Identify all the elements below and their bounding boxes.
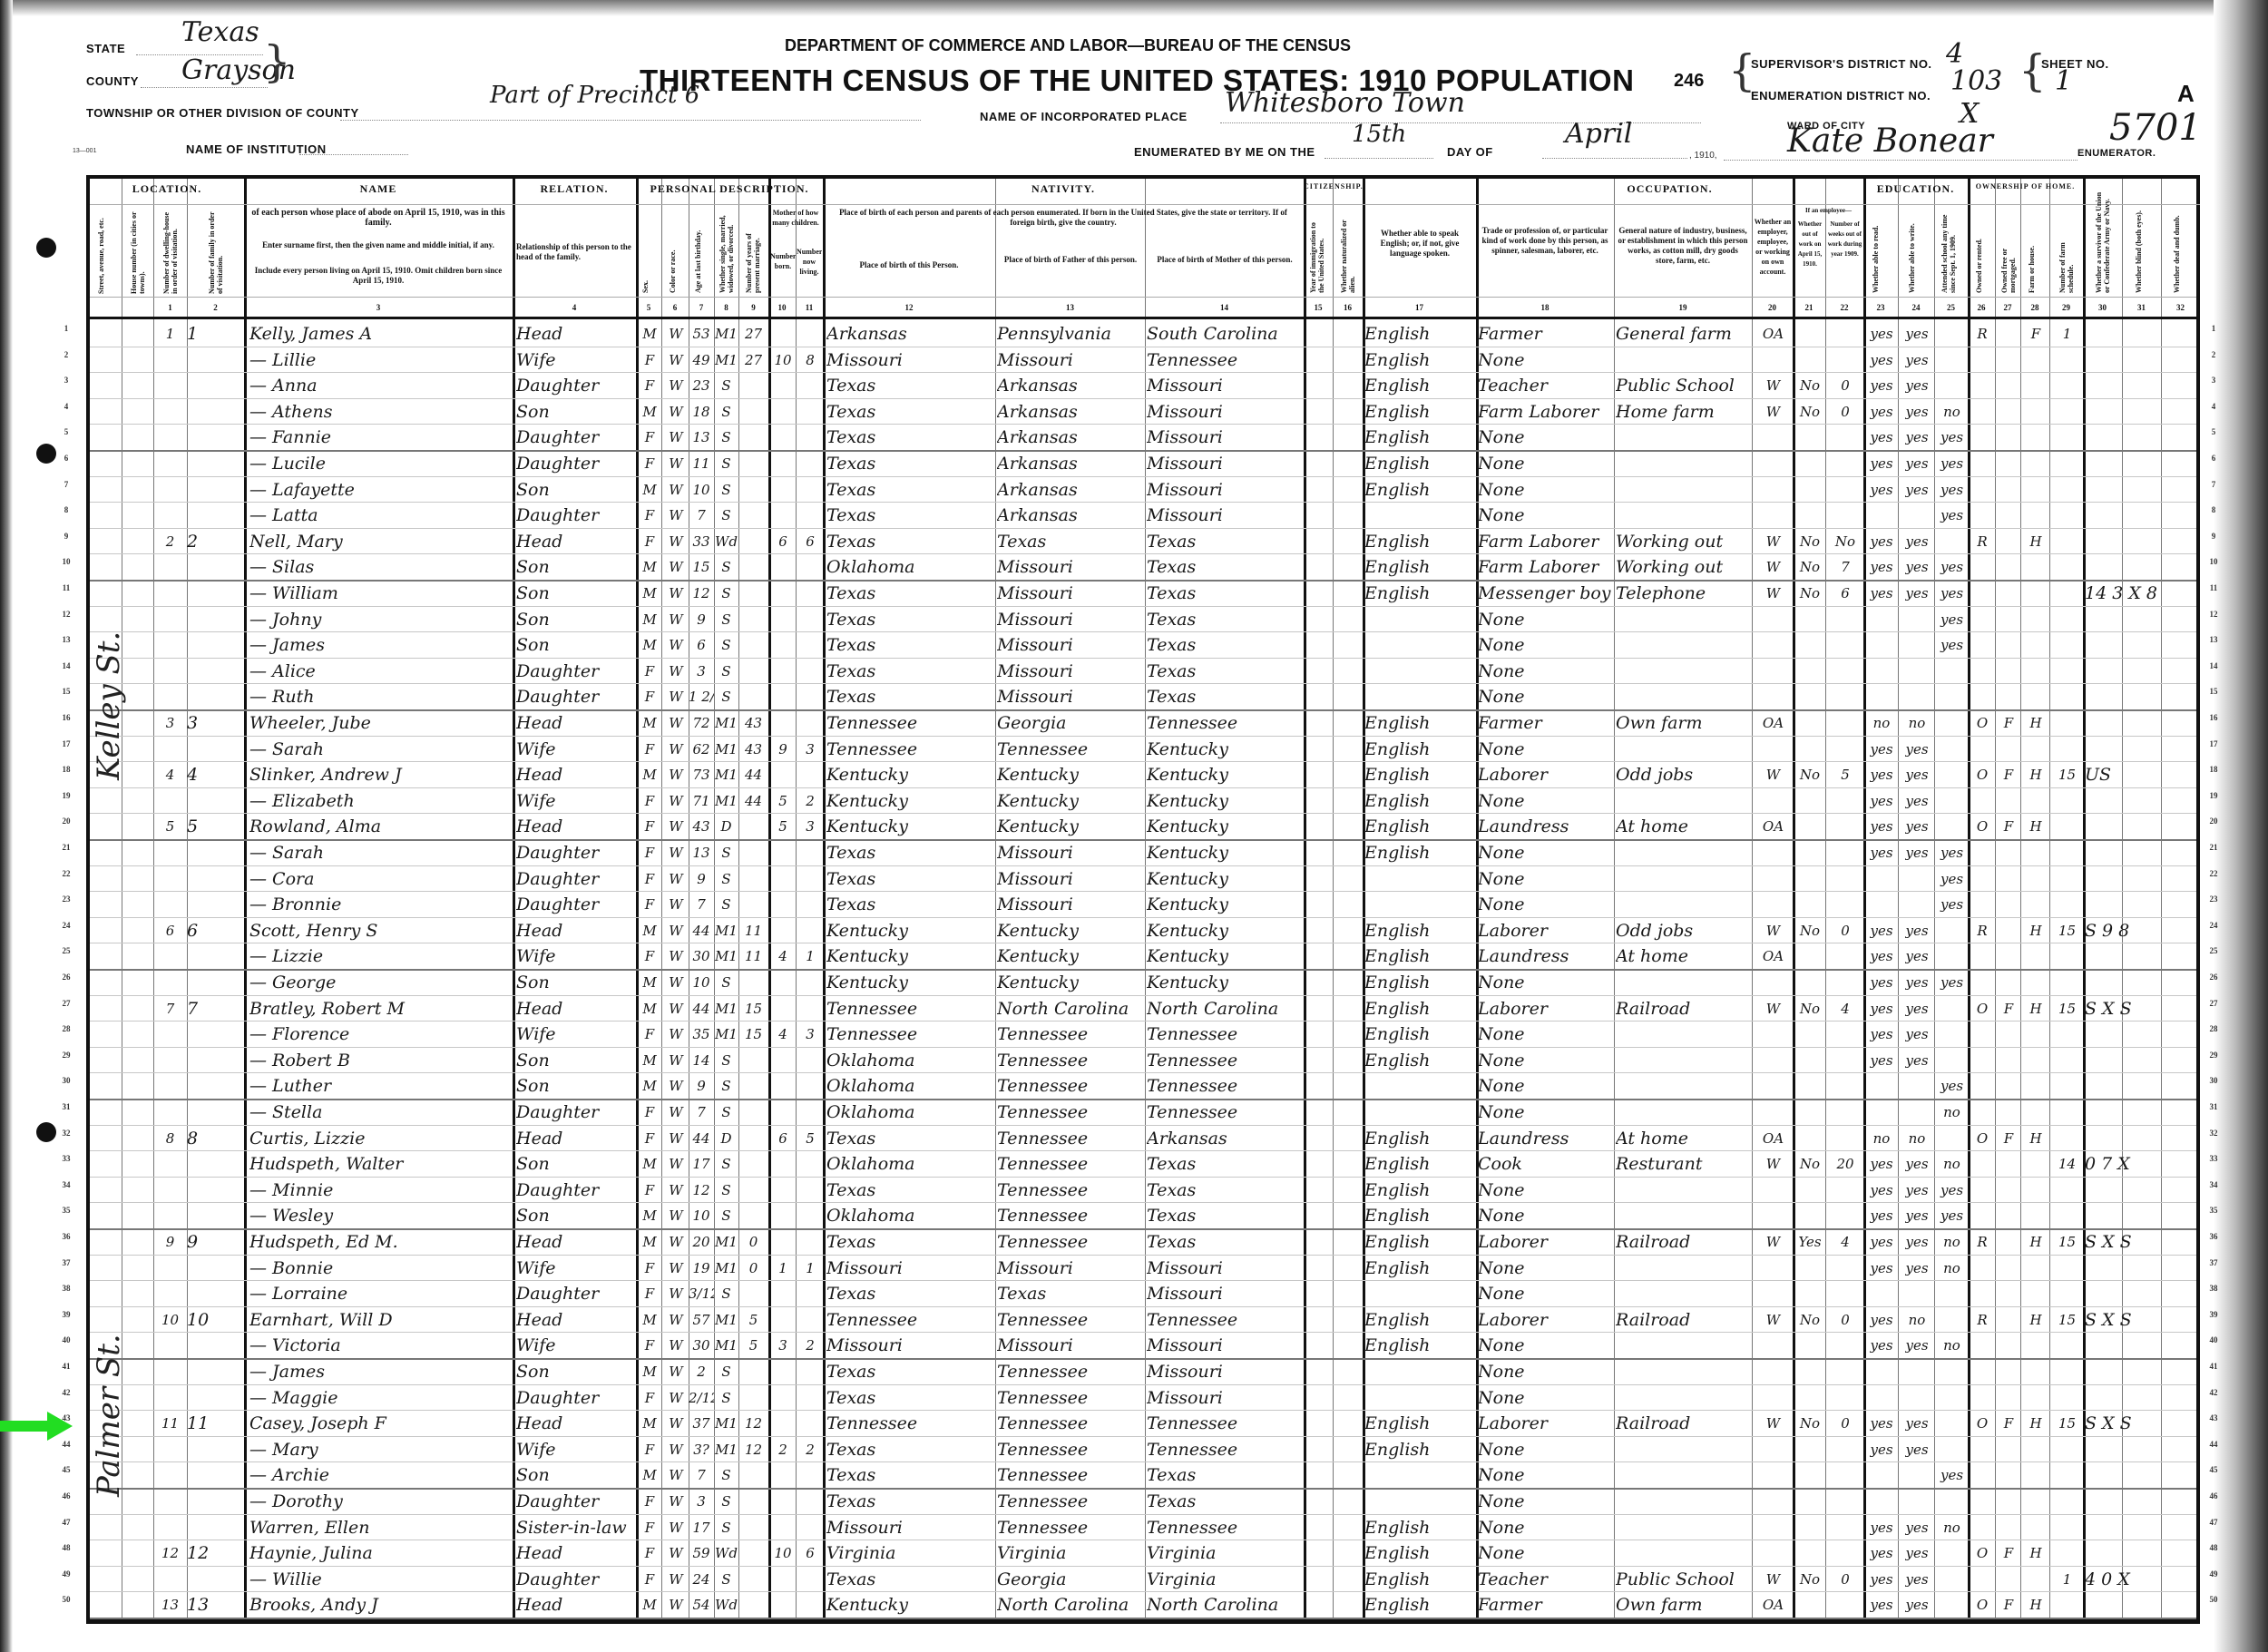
cell-years-married: 0 [738, 1255, 768, 1281]
cell-family [187, 1280, 244, 1306]
cell-name: — Elizabeth [249, 787, 513, 814]
cell-years-married: 11 [738, 943, 768, 969]
header-brace: } [263, 36, 291, 87]
cell-out [1794, 813, 1825, 839]
cell-industry [1616, 1358, 1752, 1384]
cell-name: Hudspeth, Walter [249, 1150, 513, 1177]
header-sex: Sex. [641, 260, 650, 293]
line-number: 46 [2204, 1491, 2223, 1500]
cell-living [797, 398, 823, 425]
cell-free [1997, 450, 2020, 476]
cell-weeks [1827, 1047, 1863, 1073]
cell-pob-father: Tennessee [997, 1021, 1145, 1047]
cell-sex: F [638, 839, 661, 865]
cell-dwelling: 10 [153, 1306, 187, 1333]
line-number: 41 [2204, 1362, 2223, 1371]
cell-living [797, 476, 823, 503]
cell-trade: None [1478, 1177, 1614, 1203]
cell-english [1364, 658, 1476, 684]
cell-name: Casey, Joseph F [249, 1410, 513, 1436]
cell-weeks [1827, 1540, 1863, 1566]
cell-trade: None [1478, 1099, 1614, 1125]
cell-out [1794, 891, 1825, 917]
cell-marital: M1 [714, 1436, 738, 1462]
cell-pob-mother: Missouri [1147, 1255, 1304, 1281]
cell-name: Brooks, Andy J [249, 1591, 513, 1618]
cell-age: 10 [689, 476, 714, 503]
cell-weeks [1827, 813, 1863, 839]
cell-other [2085, 709, 2200, 736]
cell-owned [1970, 1566, 1995, 1592]
cell-read [1865, 658, 1898, 684]
cell-other [2085, 1436, 2200, 1462]
header-name-3: Include every person living on April 15,… [249, 266, 507, 286]
cell-pob: Texas [826, 839, 995, 865]
cell-sex: M [638, 1228, 661, 1255]
colnum: 20 [1752, 303, 1793, 312]
cell-years-married [738, 1177, 768, 1203]
cell-owned [1970, 1461, 1995, 1488]
incorporated-place-value: Whitesboro Town [1225, 87, 1465, 119]
cell-school [1936, 1436, 1968, 1462]
cell-relation: Daughter [516, 1384, 636, 1411]
cell-emp [1754, 787, 1793, 814]
cell-owned [1970, 580, 1995, 606]
cell-read: yes [1865, 813, 1898, 839]
cell-marital: M1 [714, 917, 738, 943]
cell-owned [1970, 631, 1995, 658]
cell-out [1794, 1461, 1825, 1488]
cell-born [770, 709, 796, 736]
cell-marital: S [714, 1514, 738, 1540]
cell-read: yes [1865, 1591, 1898, 1618]
cell-marital: Wd [714, 1591, 738, 1618]
cell-school: no [1936, 398, 1968, 425]
cell-color: W [663, 1072, 689, 1099]
cell-owned: O [1970, 1125, 1995, 1151]
cell-marital: M1 [714, 1255, 738, 1281]
header-house-number: House number (in cities or towns). [130, 208, 146, 294]
cell-other [2085, 658, 2200, 684]
cell-relation: Daughter [516, 424, 636, 450]
cell-marital: S [714, 580, 738, 606]
cell-emp [1754, 736, 1793, 762]
line-number: 7 [2204, 480, 2223, 489]
cell-pob-mother: Arkansas [1147, 1125, 1304, 1151]
cell-schedule: 1 [2051, 1566, 2083, 1592]
cell-english [1364, 631, 1476, 658]
colnum: 13 [995, 303, 1145, 312]
cell-trade: Laundress [1478, 1125, 1614, 1151]
cell-living: 2 [797, 787, 823, 814]
cell-years-married [738, 424, 768, 450]
cell-color: W [663, 450, 689, 476]
cell-pob-father: Virginia [997, 1540, 1145, 1566]
colnum: 26 [1968, 303, 1995, 312]
cell-family [187, 1358, 244, 1384]
cell-weeks: No [1827, 528, 1863, 554]
cell-industry [1616, 1514, 1752, 1540]
cell-family [187, 347, 244, 373]
cell-school: yes [1936, 1461, 1968, 1488]
cell-name: — Mary [249, 1436, 513, 1462]
cell-farm [2022, 865, 2049, 892]
cell-sex: M [638, 320, 661, 347]
cell-read [1865, 631, 1898, 658]
table-row: — FannieDaughterFW13STexasArkansasMissou… [90, 424, 2196, 450]
cell-english: English [1364, 476, 1476, 503]
cell-farm [2022, 736, 2049, 762]
cell-trade: None [1478, 424, 1614, 450]
cell-school [1936, 787, 1968, 814]
header-blind: Whether blind (both eyes). [2135, 186, 2143, 293]
cell-owned [1970, 347, 1995, 373]
cell-other [2085, 1072, 2200, 1099]
cell-owned [1970, 502, 1995, 528]
cell-living [797, 865, 823, 892]
cell-out [1794, 1280, 1825, 1306]
cell-relation: Wife [516, 736, 636, 762]
cell-years-married [738, 891, 768, 917]
cell-color: W [663, 580, 689, 606]
cell-pob-mother: Texas [1147, 606, 1304, 632]
cell-born [770, 1099, 796, 1125]
cell-other [2085, 1125, 2200, 1151]
cell-color: W [663, 347, 689, 373]
line-number: 46 [56, 1491, 76, 1500]
line-number: 37 [56, 1258, 76, 1267]
cell-sex: F [638, 1436, 661, 1462]
cell-english: English [1364, 736, 1476, 762]
cell-age: 9 [689, 1072, 714, 1099]
cell-pob-mother: Texas [1147, 683, 1304, 709]
cell-relation: Sister-in-law [516, 1514, 636, 1540]
cell-other [2085, 1384, 2200, 1411]
cell-marital: S [714, 398, 738, 425]
cell-owned [1970, 1514, 1995, 1540]
cell-dwelling: 9 [153, 1228, 187, 1255]
line-number: 38 [2204, 1284, 2223, 1293]
cell-owned [1970, 476, 1995, 503]
cell-pob-father: Georgia [997, 1566, 1145, 1592]
table-row: Hudspeth, WalterSonMW17SOklahomaTennesse… [90, 1150, 2196, 1177]
colnum: 23 [1863, 303, 1898, 312]
cell-out: No [1794, 398, 1825, 425]
cell-school [1936, 1566, 1968, 1592]
cell-dwelling [153, 1461, 187, 1488]
cell-owned: O [1970, 1540, 1995, 1566]
cell-farm [2022, 787, 2049, 814]
header-if-employee: If an employee— [1794, 206, 1862, 216]
cell-family: 6 [187, 917, 244, 943]
cell-school [1936, 1540, 1968, 1566]
cell-pob-father: Kentucky [997, 917, 1145, 943]
cell-sex: M [638, 1047, 661, 1073]
cell-color: W [663, 502, 689, 528]
cell-age: 6 [689, 631, 714, 658]
cell-dwelling [153, 1436, 187, 1462]
cell-years-married [738, 1540, 768, 1566]
cell-english [1364, 1488, 1476, 1514]
header-weeks: Number of weeks out of work during year … [1827, 220, 1862, 259]
cell-relation: Head [516, 1591, 636, 1618]
cell-age: 9 [689, 606, 714, 632]
cell-pob-father: Missouri [997, 606, 1145, 632]
cell-write: yes [1900, 1047, 1934, 1073]
sheet-brace: { [2019, 45, 2047, 96]
cell-other [2085, 631, 2200, 658]
cell-pob-father: Missouri [997, 347, 1145, 373]
cell-sex: F [638, 658, 661, 684]
cell-pob-father: Arkansas [997, 398, 1145, 425]
cell-weeks [1827, 709, 1863, 736]
cell-out [1794, 1540, 1825, 1566]
line-number: 37 [2204, 1258, 2223, 1267]
cell-born [770, 424, 796, 450]
cell-emp: OA [1754, 709, 1793, 736]
cell-years-married: 43 [738, 736, 768, 762]
cell-schedule [2051, 787, 2083, 814]
cell-schedule [2051, 398, 2083, 425]
header-owned: Owned or rented. [1975, 215, 1983, 293]
cell-weeks [1827, 787, 1863, 814]
line-number: 43 [2204, 1413, 2223, 1422]
cell-family [187, 398, 244, 425]
cell-trade: Laborer [1478, 995, 1614, 1022]
cell-dwelling [153, 1072, 187, 1099]
cell-pob-mother: Kentucky [1147, 761, 1304, 787]
cell-out [1794, 1202, 1825, 1228]
cell-trade: None [1478, 683, 1614, 709]
table-row: — WesleySonMW10SOklahomaTennesseeTexasEn… [90, 1202, 2196, 1228]
cell-write: yes [1900, 1410, 1934, 1436]
cell-school: yes [1936, 476, 1968, 503]
cell-dwelling [153, 347, 187, 373]
cell-schedule [2051, 683, 2083, 709]
cell-pob-father: Missouri [997, 553, 1145, 580]
cell-family [187, 1202, 244, 1228]
cell-marital: M1 [714, 320, 738, 347]
cell-born: 10 [770, 1540, 796, 1566]
line-number: 31 [56, 1102, 76, 1111]
cell-write [1900, 1384, 1934, 1411]
cell-pob-father: Tennessee [997, 1384, 1145, 1411]
cell-farm: H [2022, 761, 2049, 787]
cell-trade: Laborer [1478, 917, 1614, 943]
header-deaf: Whether deaf and dumb. [2173, 186, 2181, 293]
cell-read: yes [1865, 528, 1898, 554]
cell-other [2085, 553, 2200, 580]
cell-emp: W [1754, 580, 1793, 606]
header-pob: Place of birth of this Person. [826, 260, 992, 270]
cell-years-married [738, 398, 768, 425]
cell-emp [1754, 606, 1793, 632]
cell-schedule: 15 [2051, 1410, 2083, 1436]
group-personal: PERSONAL DESCRIPTION. [636, 182, 823, 196]
line-number: 15 [56, 687, 76, 696]
cell-out: No [1794, 1150, 1825, 1177]
cell-farm [2022, 658, 2049, 684]
cell-pob: Missouri [826, 1255, 995, 1281]
cell-dwelling [153, 424, 187, 450]
cell-pob-father: Arkansas [997, 476, 1145, 503]
cell-emp [1754, 1202, 1793, 1228]
cell-free [1997, 1461, 2020, 1488]
cell-age: 15 [689, 553, 714, 580]
cell-dwelling [153, 1099, 187, 1125]
cell-schedule [2051, 969, 2083, 995]
cell-weeks [1827, 865, 1863, 892]
cell-pob-mother: Kentucky [1147, 891, 1304, 917]
cell-name: — Archie [249, 1461, 513, 1488]
cell-write [1900, 606, 1934, 632]
colnum: 16 [1333, 303, 1363, 312]
cell-trade: Laundress [1478, 813, 1614, 839]
cell-born: 1 [770, 1255, 796, 1281]
cell-pob-father: Kentucky [997, 787, 1145, 814]
cell-weeks [1827, 476, 1863, 503]
cell-emp [1754, 1436, 1793, 1462]
cell-years-married [738, 1072, 768, 1099]
cell-owned [1970, 1332, 1995, 1358]
cell-free [1997, 683, 2020, 709]
line-number: 20 [2204, 816, 2223, 826]
cell-weeks [1827, 891, 1863, 917]
cell-school [1936, 347, 1968, 373]
cell-owned [1970, 865, 1995, 892]
cell-other: 4 0 X [2085, 1566, 2200, 1592]
cell-english: English [1364, 839, 1476, 865]
cell-trade: None [1478, 347, 1614, 373]
line-number: 6 [2204, 454, 2223, 463]
cell-living: 3 [797, 736, 823, 762]
cell-farm [2022, 606, 2049, 632]
cell-sex: F [638, 1488, 661, 1514]
cell-pob: Oklahoma [826, 1150, 995, 1177]
cell-sex: M [638, 1358, 661, 1384]
cell-born [770, 995, 796, 1022]
cell-school: yes [1936, 580, 1968, 606]
cell-industry: At home [1616, 1125, 1752, 1151]
cell-family [187, 969, 244, 995]
cell-schedule [2051, 372, 2083, 398]
cell-years-married [738, 969, 768, 995]
cell-english: English [1364, 1021, 1476, 1047]
cell-sex: M [638, 631, 661, 658]
colnum: 17 [1363, 303, 1476, 312]
cell-other: 14 3 X 8 [2085, 580, 2200, 606]
cell-emp [1754, 683, 1793, 709]
cell-english: English [1364, 943, 1476, 969]
cell-years-married [738, 1384, 768, 1411]
table-row: — LafayetteSonMW10STexasArkansasMissouri… [90, 476, 2196, 503]
cell-pob: Texas [826, 372, 995, 398]
cell-english: English [1364, 1306, 1476, 1333]
cell-schedule [2051, 1488, 2083, 1514]
street-name: Palmer St. [91, 1334, 127, 1497]
cell-pob-mother: North Carolina [1147, 1591, 1304, 1618]
cell-pob: Texas [826, 502, 995, 528]
cell-dwelling [153, 1150, 187, 1177]
line-number: 28 [56, 1024, 76, 1033]
cell-dwelling [153, 969, 187, 995]
cell-born: 6 [770, 1125, 796, 1151]
table-row: — MaryWifeFW3?M11222TexasTennesseeTennes… [90, 1436, 2196, 1462]
cell-age: 2/12 [689, 1384, 714, 1411]
cell-name: — Robert B [249, 1047, 513, 1073]
cell-relation: Head [516, 995, 636, 1022]
cell-born [770, 1358, 796, 1384]
cell-school [1936, 1358, 1968, 1384]
cell-living [797, 1306, 823, 1333]
cell-color: W [663, 1280, 689, 1306]
cell-marital: M1 [714, 995, 738, 1022]
cell-school: no [1936, 1150, 1968, 1177]
cell-family [187, 787, 244, 814]
cell-sex: F [638, 528, 661, 554]
header-industry: General nature of industry, business, or… [1618, 226, 1748, 266]
cell-schedule [2051, 839, 2083, 865]
cell-free [1997, 1566, 2020, 1592]
cell-free [1997, 1384, 2020, 1411]
line-number: 8 [56, 505, 76, 514]
cell-read: yes [1865, 1150, 1898, 1177]
cell-dwelling: 1 [153, 320, 187, 347]
cell-other [2085, 347, 2200, 373]
cell-farm [2022, 502, 2049, 528]
cell-trade: None [1478, 606, 1614, 632]
cell-family: 3 [187, 709, 244, 736]
cell-school [1936, 1591, 1968, 1618]
cell-pob: Kentucky [826, 813, 995, 839]
cell-name: Earnhart, Will D [249, 1306, 513, 1333]
cell-born [770, 398, 796, 425]
cell-school [1936, 1410, 1968, 1436]
line-number: 34 [2204, 1180, 2223, 1189]
cell-family [187, 1255, 244, 1281]
highlight-arrow-icon [0, 1412, 73, 1441]
cell-color: W [663, 865, 689, 892]
cell-age: 57 [689, 1306, 714, 1333]
cell-owned [1970, 943, 1995, 969]
line-number: 47 [2204, 1518, 2223, 1527]
table-row: 11Kelly, James AHeadMW53M127ArkansasPenn… [90, 320, 2196, 347]
cell-living [797, 606, 823, 632]
cell-living [797, 580, 823, 606]
cell-pob: Texas [826, 658, 995, 684]
cell-farm: H [2022, 995, 2049, 1022]
cell-industry [1616, 1021, 1752, 1047]
cell-color: W [663, 709, 689, 736]
cell-farm [2022, 1566, 2049, 1592]
cell-farm [2022, 1514, 2049, 1540]
cell-living: 6 [797, 1540, 823, 1566]
cell-pob: Texas [826, 528, 995, 554]
cell-name: Rowland, Alma [249, 813, 513, 839]
cell-living: 1 [797, 1255, 823, 1281]
cell-weeks [1827, 606, 1863, 632]
cell-years-married [738, 528, 768, 554]
cell-emp: W [1754, 1150, 1793, 1177]
cell-sex: M [638, 553, 661, 580]
line-number: 18 [2204, 765, 2223, 774]
cell-marital: S [714, 1280, 738, 1306]
cell-pob-mother: Texas [1147, 553, 1304, 580]
cell-family: 1 [187, 320, 244, 347]
cell-english: English [1364, 1332, 1476, 1358]
cell-age: 7 [689, 891, 714, 917]
cell-color: W [663, 1591, 689, 1618]
